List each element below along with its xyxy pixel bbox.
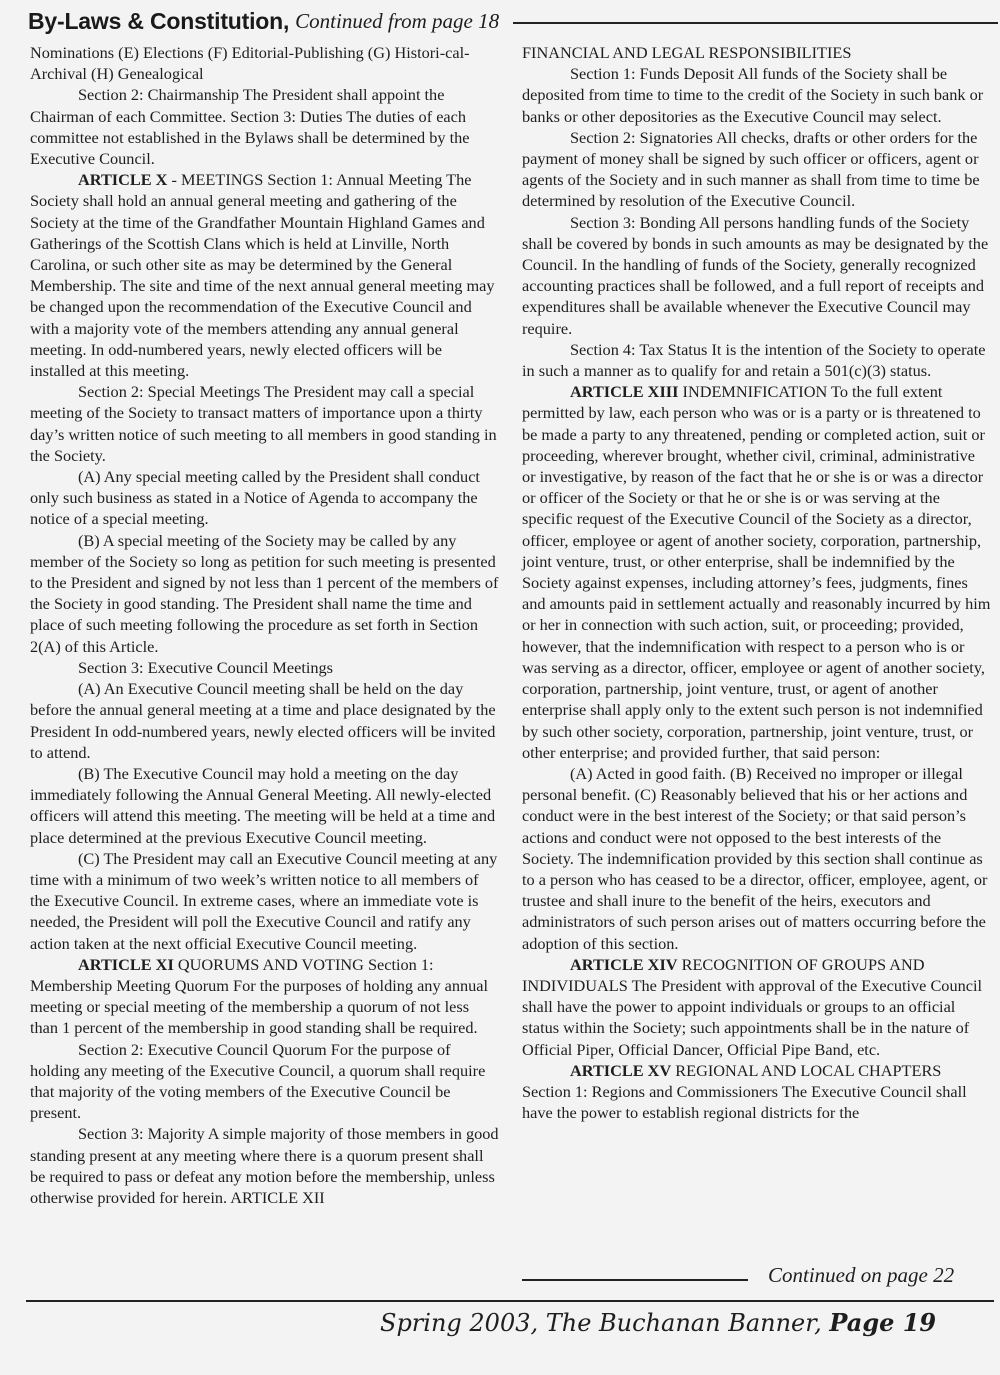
- paragraph: Section 2: Executive Council Quorum For …: [30, 1039, 500, 1124]
- paragraph-text: - MEETINGS Section 1: Annual Meeting The…: [30, 170, 494, 380]
- paragraph: (A) Acted in good faith. (B) Received no…: [522, 763, 992, 954]
- paragraph: Section 2: Special Meetings The Presiden…: [30, 381, 500, 466]
- right-column: FINANCIAL AND LEGAL RESPONSIBILITIESSect…: [522, 42, 992, 1123]
- paragraph-text: (A) An Executive Council meeting shall b…: [30, 679, 496, 762]
- paragraph-text: Section 2: Signatories All checks, draft…: [522, 128, 980, 211]
- paragraph: Section 2: Chairmanship The President sh…: [30, 84, 500, 169]
- article-heading: ARTICLE XI: [78, 955, 174, 974]
- issue-label: Spring 2003,: [380, 1309, 538, 1337]
- publication-name: The Buchanan Banner,: [546, 1309, 822, 1337]
- paragraph: (A) An Executive Council meeting shall b…: [30, 678, 500, 763]
- article-heading: ARTICLE XV: [570, 1061, 671, 1080]
- footer-rule: [26, 1300, 994, 1302]
- paragraph-text: (A) Acted in good faith. (B) Received no…: [522, 764, 987, 953]
- paragraph: Section 3: Executive Council Meetings: [30, 657, 500, 678]
- paragraph-text: (C) The President may call an Executive …: [30, 849, 497, 953]
- paragraph-text: Section 3: Executive Council Meetings: [78, 658, 333, 677]
- left-column: Nominations (E) Elections (F) Editorial-…: [30, 42, 500, 1208]
- paragraph: Section 4: Tax Status It is the intentio…: [522, 339, 992, 381]
- article-heading: ARTICLE XIV: [570, 955, 678, 974]
- paragraph: Section 1: Funds Deposit All funds of th…: [522, 63, 992, 127]
- article-title: By-Laws & Constitution,: [28, 8, 289, 35]
- paragraph: ARTICLE X - MEETINGS Section 1: Annual M…: [30, 169, 500, 381]
- article-header: By-Laws & Constitution, Continued from p…: [28, 4, 998, 38]
- paragraph: (B) The Executive Council may hold a mee…: [30, 763, 500, 848]
- paragraph: ARTICLE XV REGIONAL AND LOCAL CHAPTERS S…: [522, 1060, 992, 1124]
- continued-from-note: Continued from page 18: [295, 9, 499, 34]
- paragraph: FINANCIAL AND LEGAL RESPONSIBILITIES: [522, 42, 992, 63]
- paragraph-text: INDEMNIFICATION To the full extent permi…: [522, 382, 990, 761]
- paragraph-text: Section 2: Chairmanship The President sh…: [30, 85, 470, 168]
- paragraph: ARTICLE XIV RECOGNITION OF GROUPS AND IN…: [522, 954, 992, 1060]
- article-heading: ARTICLE XIII: [570, 382, 678, 401]
- paragraph: Nominations (E) Elections (F) Editorial-…: [30, 42, 500, 84]
- continued-on-text: Continued on page 22: [768, 1263, 954, 1288]
- header-rule: [513, 22, 998, 24]
- paragraph-text: (B) A special meeting of the Society may…: [30, 531, 498, 656]
- paragraph-text: (A) Any special meeting called by the Pr…: [30, 467, 480, 528]
- paragraph-text: Section 4: Tax Status It is the intentio…: [522, 340, 985, 380]
- paragraph: (C) The President may call an Executive …: [30, 848, 500, 954]
- paragraph: Section 3: Majority A simple majority of…: [30, 1123, 500, 1208]
- page-footer: Spring 2003, The Buchanan Banner, Page 1…: [380, 1308, 980, 1348]
- paragraph: (A) Any special meeting called by the Pr…: [30, 466, 500, 530]
- paragraph-text: Section 2: Special Meetings The Presiden…: [30, 382, 497, 465]
- paragraph-text: Section 1: Funds Deposit All funds of th…: [522, 64, 983, 125]
- continued-on-note: Continued on page 22: [522, 1260, 980, 1290]
- paragraph: ARTICLE XI QUORUMS AND VOTING Section 1:…: [30, 954, 500, 1039]
- page-number: Page 19: [829, 1308, 936, 1337]
- paragraph-text: Section 2: Executive Council Quorum For …: [30, 1040, 485, 1123]
- paragraph-text: (B) The Executive Council may hold a mee…: [30, 764, 495, 847]
- paragraph: Section 3: Bonding All persons handling …: [522, 212, 992, 339]
- paragraph: Section 2: Signatories All checks, draft…: [522, 127, 992, 212]
- paragraph-text: FINANCIAL AND LEGAL RESPONSIBILITIES: [522, 43, 851, 62]
- paragraph: (B) A special meeting of the Society may…: [30, 530, 500, 657]
- continued-rule: [522, 1279, 748, 1281]
- article-heading: ARTICLE X: [78, 170, 167, 189]
- paragraph: ARTICLE XIII INDEMNIFICATION To the full…: [522, 381, 992, 763]
- paragraph-text: Nominations (E) Elections (F) Editorial-…: [30, 43, 470, 83]
- paragraph-text: Section 3: Majority A simple majority of…: [30, 1124, 499, 1207]
- paragraph-text: Section 3: Bonding All persons handling …: [522, 213, 988, 338]
